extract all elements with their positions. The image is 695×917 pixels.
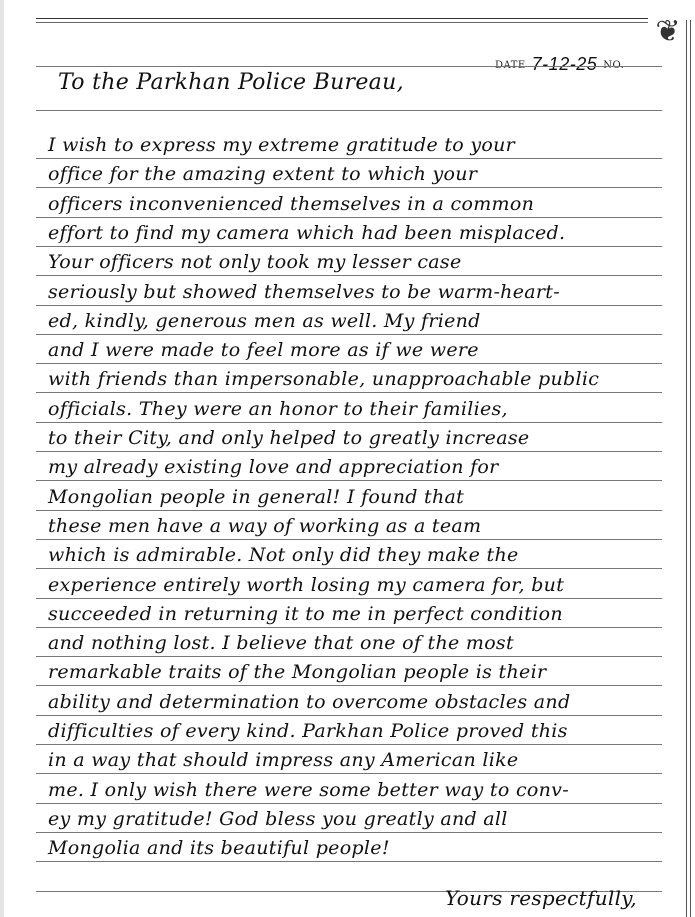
letter-line: and nothing lost. I believe that one of … bbox=[48, 632, 688, 654]
ruled-line bbox=[36, 773, 662, 774]
ruled-line bbox=[36, 539, 662, 540]
ruled-line bbox=[36, 187, 662, 188]
letter-line: Mongolia and its beautiful people! bbox=[48, 837, 688, 859]
letter-line: ed, kindly, generous men as well. My fri… bbox=[48, 310, 688, 332]
ruled-line bbox=[36, 334, 662, 335]
letter-line: Your officers not only took my lesser ca… bbox=[48, 251, 688, 273]
ruled-line bbox=[36, 744, 662, 745]
salutation: To the Parkhan Police Bureau, bbox=[58, 70, 695, 95]
ruled-line bbox=[36, 217, 662, 218]
ruled-line bbox=[36, 656, 662, 657]
ruled-line bbox=[36, 392, 662, 393]
letter-line: office for the amazing extent to which y… bbox=[48, 163, 688, 185]
ruled-line bbox=[36, 158, 662, 159]
letter-line: experience entirely worth losing my came… bbox=[48, 574, 688, 596]
closing: Yours respectfully, bbox=[445, 886, 695, 910]
ruled-line bbox=[36, 451, 662, 452]
letter-line: me. I only wish there were some better w… bbox=[48, 779, 688, 801]
ruled-line bbox=[36, 246, 662, 247]
corner-flourish-icon: ❦ bbox=[648, 12, 688, 52]
letter-line: seriously but showed themselves to be wa… bbox=[48, 281, 688, 303]
letter-line: these men have a way of working as a tea… bbox=[48, 515, 688, 537]
ruled-line bbox=[36, 861, 662, 862]
letter-line: difficulties of every kind. Parkhan Poli… bbox=[48, 720, 688, 742]
letter-line: ey my gratitude! God bless you greatly a… bbox=[48, 808, 688, 830]
ruled-line bbox=[36, 422, 662, 423]
ruled-line bbox=[36, 275, 662, 276]
letter-line: my already existing love and appreciatio… bbox=[48, 456, 688, 478]
letter-line: officers inconvenienced themselves in a … bbox=[48, 193, 688, 215]
letter-line: officials. They were an honor to their f… bbox=[48, 398, 688, 420]
ruled-line bbox=[36, 832, 662, 833]
letter-line: ability and determination to overcome ob… bbox=[48, 691, 688, 713]
ruled-line bbox=[36, 510, 662, 511]
ruled-line bbox=[36, 715, 662, 716]
scan-edge bbox=[0, 0, 4, 917]
ruled-line bbox=[36, 803, 662, 804]
ruled-line bbox=[36, 363, 662, 364]
ruled-line bbox=[36, 110, 662, 111]
top-double-rule bbox=[36, 18, 648, 23]
ruled-line bbox=[36, 685, 662, 686]
letter-line: succeeded in returning it to me in perfe… bbox=[48, 603, 688, 625]
ruled-line bbox=[36, 598, 662, 599]
letter-line: with friends than impersonable, unapproa… bbox=[48, 368, 688, 390]
letter-line: to their City, and only helped to greatl… bbox=[48, 427, 688, 449]
ruled-line bbox=[36, 66, 662, 67]
letter-line: effort to find my camera which had been … bbox=[48, 222, 688, 244]
ruled-line bbox=[36, 627, 662, 628]
ruled-line bbox=[36, 480, 662, 481]
ruled-line bbox=[36, 305, 662, 306]
letter-line: Mongolian people in general! I found tha… bbox=[48, 486, 688, 508]
letter-line: in a way that should impress any America… bbox=[48, 749, 688, 771]
letter-line: and I were made to feel more as if we we… bbox=[48, 339, 688, 361]
letter-line: which is admirable. Not only did they ma… bbox=[48, 544, 688, 566]
letter-line: remarkable traits of the Mongolian peopl… bbox=[48, 661, 688, 683]
letter-line: I wish to express my extreme gratitude t… bbox=[48, 134, 688, 156]
ruled-line bbox=[36, 568, 662, 569]
